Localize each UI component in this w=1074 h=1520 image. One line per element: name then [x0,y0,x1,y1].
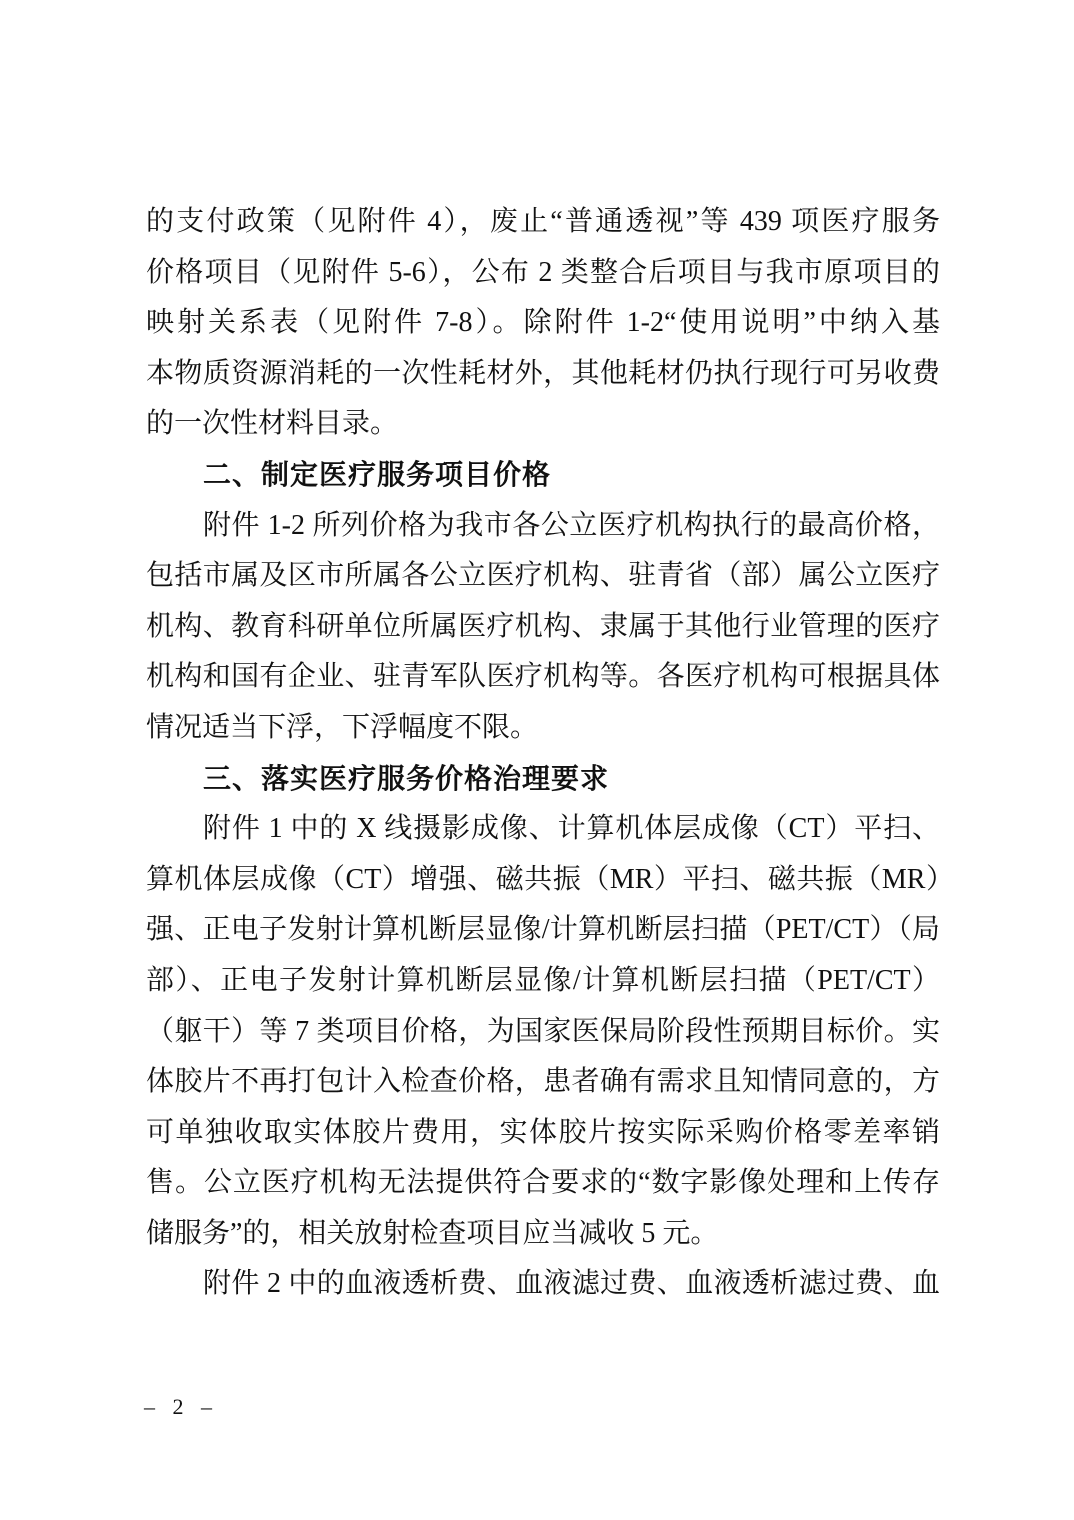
text-line: 价格项目（见附件 5-6），公布 2 类整合后项目与我市原项目的 [146,248,940,299]
text-line: 机构、教育科研单位所属医疗机构、隶属于其他行业管理的医疗 [146,602,940,653]
text-line: 包括市属及区市所属各公立医疗机构、驻青省（部）属公立医疗 [146,551,940,602]
section-heading-3: 三、落实医疗服务价格治理要求 [146,754,940,805]
text-line: 附件 1-2 所列价格为我市各公立医疗机构执行的最高价格， [146,501,940,552]
text-line: 情况适当下浮，下浮幅度不限。 [146,703,940,754]
text-line: 强、正电子发射计算机断层显像/计算机断层扫描（PET/CT）（局 [146,905,940,956]
text-line: 储服务”的，相关放射检查项目应当减收 5 元。 [146,1209,940,1260]
text-line: 附件 1 中的 X 线摄影成像、计算机体层成像（CT）平扫、计 [146,804,940,855]
text-line: 算机体层成像（CT）增强、磁共振（MR）平扫、磁共振（MR）增 [146,855,940,906]
text-line: 映射关系表（见附件 7-8）。除附件 1-2“使用说明”中纳入基 [146,298,940,349]
text-line: 可单独收取实体胶片费用，实体胶片按实际采购价格零差率销 [146,1108,940,1159]
text-line: 机构和国有企业、驻青军队医疗机构等。各医疗机构可根据具体 [146,652,940,703]
page-number: – 2 – [144,1394,216,1420]
text-line: 本物质资源消耗的一次性耗材外，其他耗材仍执行现行可另收费 [146,349,940,400]
text-line: 售。公立医疗机构无法提供符合要求的“数字影像处理和上传存 [146,1158,940,1209]
document-body: 的支付政策（见附件 4），废止“普通透视”等 439 项医疗服务 价格项目（见附… [146,197,940,1310]
text-line: 体胶片不再打包计入检查价格，患者确有需求且知情同意的，方 [146,1057,940,1108]
section-heading-2: 二、制定医疗服务项目价格 [146,450,940,501]
text-line: 附件 2 中的血液透析费、血液滤过费、血液透析滤过费、血 [146,1259,940,1310]
text-line: （躯干）等 7 类项目价格，为国家医保局阶段性预期目标价。实 [146,1007,940,1058]
text-line: 的一次性材料目录。 [146,399,940,450]
document-page: 的支付政策（见附件 4），废止“普通透视”等 439 项医疗服务 价格项目（见附… [0,0,1074,1520]
text-line: 的支付政策（见附件 4），废止“普通透视”等 439 项医疗服务 [146,197,940,248]
text-line: 部）、正电子发射计算机断层显像/计算机断层扫描（PET/CT） [146,956,940,1007]
